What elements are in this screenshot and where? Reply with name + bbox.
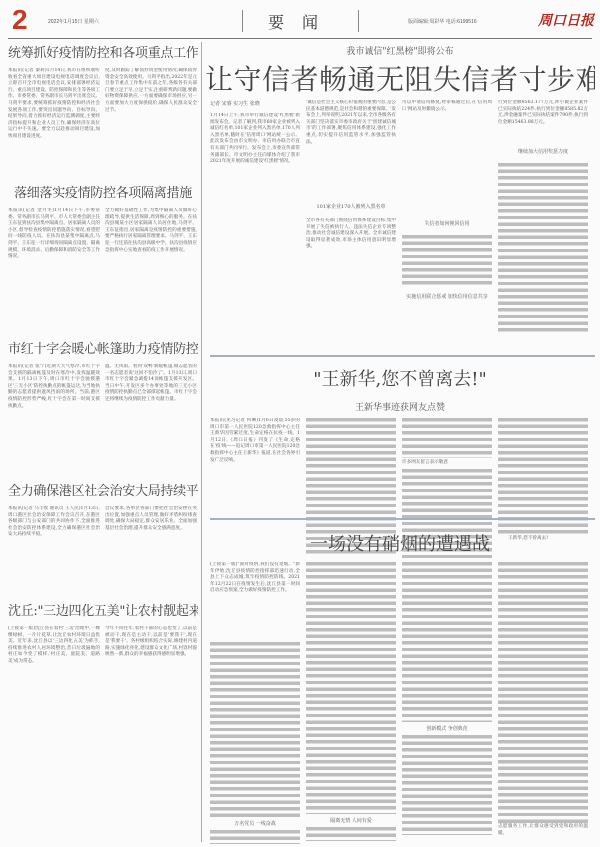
article-body: 1月14日上午,我市举行诚信建设'红黑榜'新闻发布会。记者了解到,我市60家企业… (210, 113, 300, 338)
masthead-rule (8, 38, 592, 39)
article-headline: 全力确保港区社会治安大局持续平稳 (8, 480, 198, 499)
article-port-security: 全力确保港区社会治安大局持续平稳 本报讯(记者 马丰收 通讯员 王人民)1月13… (8, 480, 198, 598)
article-body: 行到位金额8563.177万元,涉小微企业案件已实际执结224件,执行到位金额8… (498, 100, 588, 140)
article-body-lines (498, 163, 588, 333)
article-body: 本报讯(记者 马丰收 通讯员 王人民)1月13日,周口港区社会治安保障工作会议召… (8, 506, 100, 598)
issue-date: 2022年1月15日 星期六 (48, 18, 99, 25)
article-epidemic-coordination: 统筹抓好疫情防控和各项重点工作 本报讯(记者 秦莉)1月14日,我市在组织收听收… (8, 42, 198, 182)
article-body-lines (402, 418, 492, 458)
bottom-subhead: 创新模式 争创典范 (402, 725, 492, 732)
article-ending: 志愿服务工作,让群众感受到党和政府的温暖。 (498, 824, 588, 837)
article-body: 本报讯(记者 张宁)近期天天气寒冷,市红十字会支援的隔离帐篷及时在寒冷中,发挥温… (8, 364, 100, 478)
page-number: 2 (12, 4, 28, 36)
column-divider (201, 42, 202, 842)
center-headline-area: "王新华,您不曾离去!" (205, 365, 595, 395)
feature-headline-area: 让守信者畅通无阻失信者寸步难行 (205, 58, 595, 94)
divider (358, 10, 359, 32)
bottom-headline-area: 一场没有硝烟的遭遇战 (205, 530, 595, 556)
masthead: 2 2022年1月15日 星期六 要闻 版面编辑:周彩华 电话:6199516 … (0, 0, 600, 38)
bottom-subhead: 万名党员 一线奋战 (210, 820, 300, 827)
bottom-article: (上接第一版)"面对疫情,我们没有退缩。"新年伊始,沈丘县疫情防控指挥部迅速行动… (210, 562, 595, 844)
article-headline: 统筹抓好疫情防控和各项重点工作 (8, 42, 198, 61)
article-body: 可以申请信用修复,经审核通过后,在'信用周口'网站及时撤销公示。 (402, 100, 492, 212)
article-body-lines (210, 642, 300, 817)
article-shenqiu-village: 沈丘:"三边四化五美"让农村靓起来 (上接第一版)沈丘县在农村'三边'治理中,一… (8, 600, 198, 847)
bottom-headline: 一场没有硝烟的遭遇战 (205, 530, 595, 556)
article-headline: 落细落实疫情防控各项隔离措施 (8, 182, 198, 201)
section-title: 要闻 (268, 10, 336, 33)
feature-subhead: 101家企业170人被列入黑名单 (306, 203, 396, 210)
feature-byline: 记者 宋睿 实习生 张晓 (210, 100, 300, 107)
article-headline: 沈丘:"三边四化五美"让农村靓起来 (8, 600, 198, 619)
divider (242, 10, 243, 32)
newspaper-logo: 周口日报 (538, 10, 594, 30)
article-body-lines (402, 235, 492, 285)
article-body: 全力做好基础性工作,为集中隔离人员做好心理疏导,提供生活保障,周到细心的服务。在… (105, 208, 197, 332)
feature-subhead: 继续加大信用奖惩力度 (498, 148, 588, 155)
article-body: 度,及时跟踪了解债券资金使用情况,确保债券资金安全高效使用。马剑平指出,2022… (105, 68, 197, 182)
feature-article: 记者 宋睿 实习生 张晓 1月14日上午,我市举行诚信建设'红黑榜'新闻发布会。… (210, 100, 595, 338)
article-body-lines (306, 827, 396, 841)
article-body: 会议要求,各单位各部门要把社会治安摆在突出位置,加强重点人员管理,做好矛盾纠纷排… (105, 506, 197, 598)
article-body: (上接第一版)"面对疫情,我们没有退缩。"新年伊始,沈丘县疫情防控指挥部迅速行动… (210, 562, 300, 642)
feature-subhead: 实施信用联合惩戒 加快信用信息共享 (402, 293, 492, 300)
center-subheadline: 王新华事迹获网友点赞 (205, 400, 595, 413)
article-body-lines (402, 735, 492, 835)
article-body: 全市各有关部门围绕信用体系建设目标,集中开展了失信被执行人、违法失信企业专项整治… (306, 218, 396, 328)
article-body: 今年不同往年,农村干部的心态也变了,以前是被动干,现在是主动干,以前是'要我干'… (105, 626, 197, 847)
article-body: (上接第一版)沈丘县在农村'三边'治理中,一棵棵绿树、一片片花草,让沈丘农村环境… (8, 626, 100, 847)
article-body: 本报讯(记者 金月冬)1月14日下午,市委常委、常务副市长马剑平、市人大常委会副… (8, 208, 100, 332)
center-subheadline-area: 王新华事迹获网友点赞 (205, 400, 595, 414)
article-body: 本报讯(记者 秦莉)1月14日,我市在组织收听收看全省重大项目建设电视电话调度会… (8, 68, 100, 182)
editor-info: 版面编辑:周彩华 电话:6199516 (408, 18, 477, 25)
article-body-lines (498, 562, 588, 824)
article-red-cross-tents: 市红十字会暖心帐篷助力疫情防控 本报讯(记者 张宁)近期天天气寒冷,市红十字会支… (8, 338, 198, 478)
feature-kicker: 我市诚信"红黑榜"即将公布 (205, 44, 595, 57)
section-separator (210, 518, 595, 520)
feature-headline: 让守信者畅通无阻失信者寸步难行 (205, 58, 595, 94)
article-body-lines (210, 830, 300, 844)
bottom-subhead: 隔离无情 人间有爱 (306, 817, 396, 824)
feature-subhead: 失信者如何挽回信用 (402, 220, 492, 227)
section-separator (210, 355, 595, 357)
center-headline: "王新华,您不曾离去!" (205, 365, 595, 391)
article-body-lines (306, 562, 396, 814)
article-body-lines (402, 562, 492, 722)
article-body: 温、无风雨。看到'双鸭'新暖帐篷,做志愿者的一名志愿者说'这回不怕冷了'。1月1… (105, 364, 197, 478)
quote-label: 许多网友留言表示敬意 (402, 460, 492, 467)
article-isolation-measures: 落细落实疫情防控各项隔离措施 本报讯(记者 金月冬)1月14日下午,市委常委、常… (8, 182, 198, 332)
article-headline: 市红十字会暖心帐篷助力疫情防控 (8, 338, 198, 357)
article-body: '诚信是社会主义核心价值观的重要内容,是公民基本道德规范,是社会和谐的重要保障。… (306, 100, 396, 195)
